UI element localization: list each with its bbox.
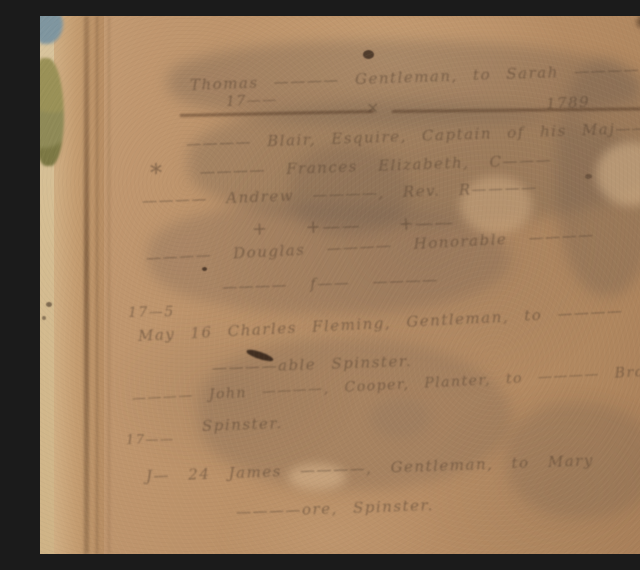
year-note: 17—5 (128, 304, 175, 321)
ink-spot (585, 174, 592, 179)
edge-speck (46, 302, 52, 307)
gutter-crease (96, 16, 98, 554)
dark-damp-patch (370, 398, 430, 438)
year-note: 1789 (546, 93, 591, 113)
year-note: 17—— (226, 92, 278, 110)
gutter-crease (108, 16, 110, 554)
ink-spot (363, 50, 374, 59)
manuscript-photo: Thomas ———— Gentleman, to Sarah ———— 17—… (40, 16, 640, 554)
ink-spot (202, 267, 207, 271)
manuscript-line: Spinster. (202, 414, 283, 435)
cross-flourish: × (366, 98, 381, 117)
year-note: 17—— (126, 432, 175, 448)
edge-speck (42, 316, 46, 320)
gutter-crease (84, 16, 89, 554)
margin-asterisk: * (150, 159, 164, 187)
